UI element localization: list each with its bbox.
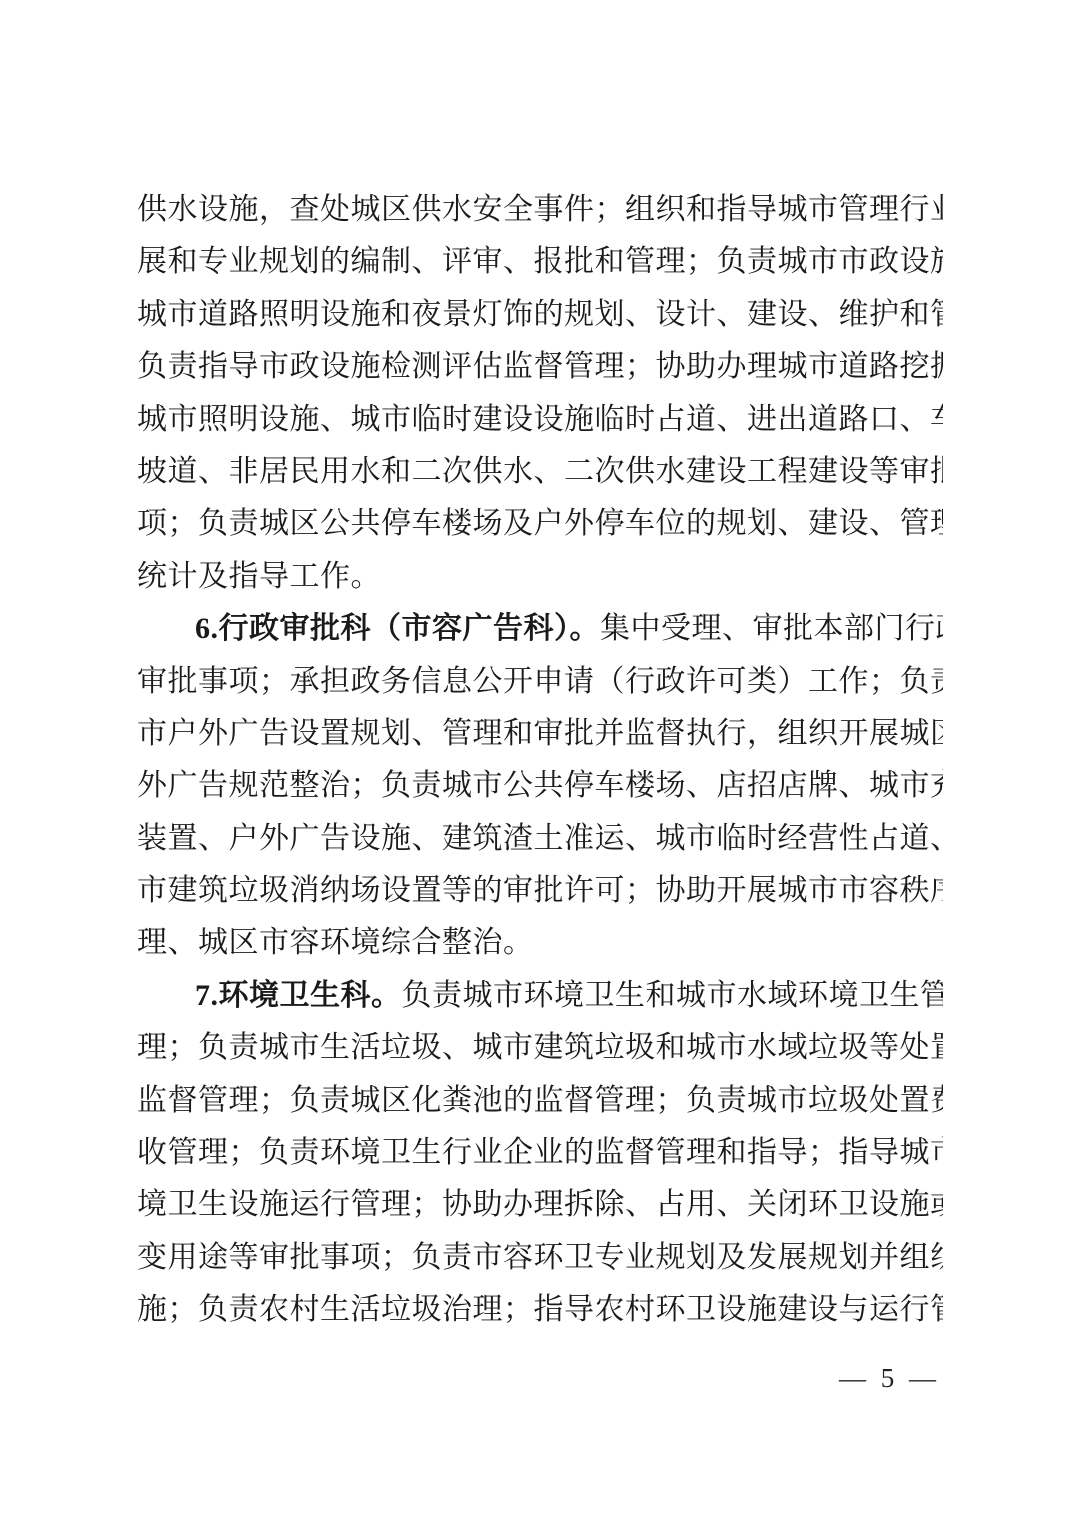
text-line: 市户外广告设置规划、管理和审批并监督执行，组织开展城区户 [137, 708, 943, 760]
text-line: 监督管理；负责城区化粪池的监督管理；负责城市垃圾处置费征 [137, 1075, 943, 1127]
page-number: — 5 — [839, 1363, 940, 1393]
text-line: 城市道路照明设施和夜景灯饰的规划、设计、建设、维护和管理； [137, 289, 943, 341]
text-line: 理、城区市容环境综合整治。 [137, 917, 943, 969]
text-line: 理；负责城市生活垃圾、城市建筑垃圾和城市水域垃圾等处置的 [137, 1022, 943, 1074]
text-line: 境卫生设施运行管理；协助办理拆除、占用、关闭环卫设施或改 [137, 1179, 943, 1231]
document-page: 供水设施，查处城区供水安全事件；组织和指导城市管理行业发展和专业规划的编制、评审… [0, 0, 1074, 1520]
text-line: 项；负责城区公共停车楼场及户外停车位的规划、建设、管理、 [137, 498, 943, 550]
text-line: 外广告规范整治；负责城市公共停车楼场、店招店牌、城市充气 [137, 760, 943, 812]
text-line: 统计及指导工作。 [137, 551, 943, 603]
page-footer: — 5 — [839, 1358, 940, 1398]
text-line: 坡道、非居民用水和二次供水、二次供水建设工程建设等审批事 [137, 446, 943, 498]
text-line: 施；负责农村生活垃圾治理；指导农村环卫设施建设与运行管理； [137, 1284, 943, 1336]
document-body: 供水设施，查处城区供水安全事件；组织和指导城市管理行业发展和专业规划的编制、评审… [137, 184, 943, 1337]
section-heading: 6.行政审批科（市容广告科）。 [195, 612, 600, 645]
section-heading: 7.环境卫生科。 [195, 979, 402, 1012]
text-line: 装置、户外广告设施、建筑渣土准运、城市临时经营性占道、城 [137, 813, 943, 865]
text-line: 供水设施，查处城区供水安全事件；组织和指导城市管理行业发 [137, 184, 943, 236]
text-line: 展和专业规划的编制、评审、报批和管理；负责城市市政设施、 [137, 236, 943, 288]
text-line: 审批事项；承担政务信息公开申请（行政许可类）工作；负责城 [137, 656, 943, 708]
text-line: 城市照明设施、城市临时建设设施临时占道、进出道路口、车行 [137, 394, 943, 446]
paragraph-start-line: 6.行政审批科（市容广告科）。集中受理、审批本部门行政 [137, 603, 943, 655]
text-line: 负责指导市政设施检测评估监督管理；协助办理城市道路挖掘、 [137, 341, 943, 393]
paragraph-start-line: 7.环境卫生科。负责城市环境卫生和城市水域环境卫生管 [137, 970, 943, 1022]
text-line: 市建筑垃圾消纳场设置等的审批许可；协助开展城市市容秩序管 [137, 865, 943, 917]
text-line: 变用途等审批事项；负责市容环卫专业规划及发展规划并组织实 [137, 1232, 943, 1284]
text-line: 收管理；负责环境卫生行业企业的监督管理和指导；指导城市环 [137, 1127, 943, 1179]
